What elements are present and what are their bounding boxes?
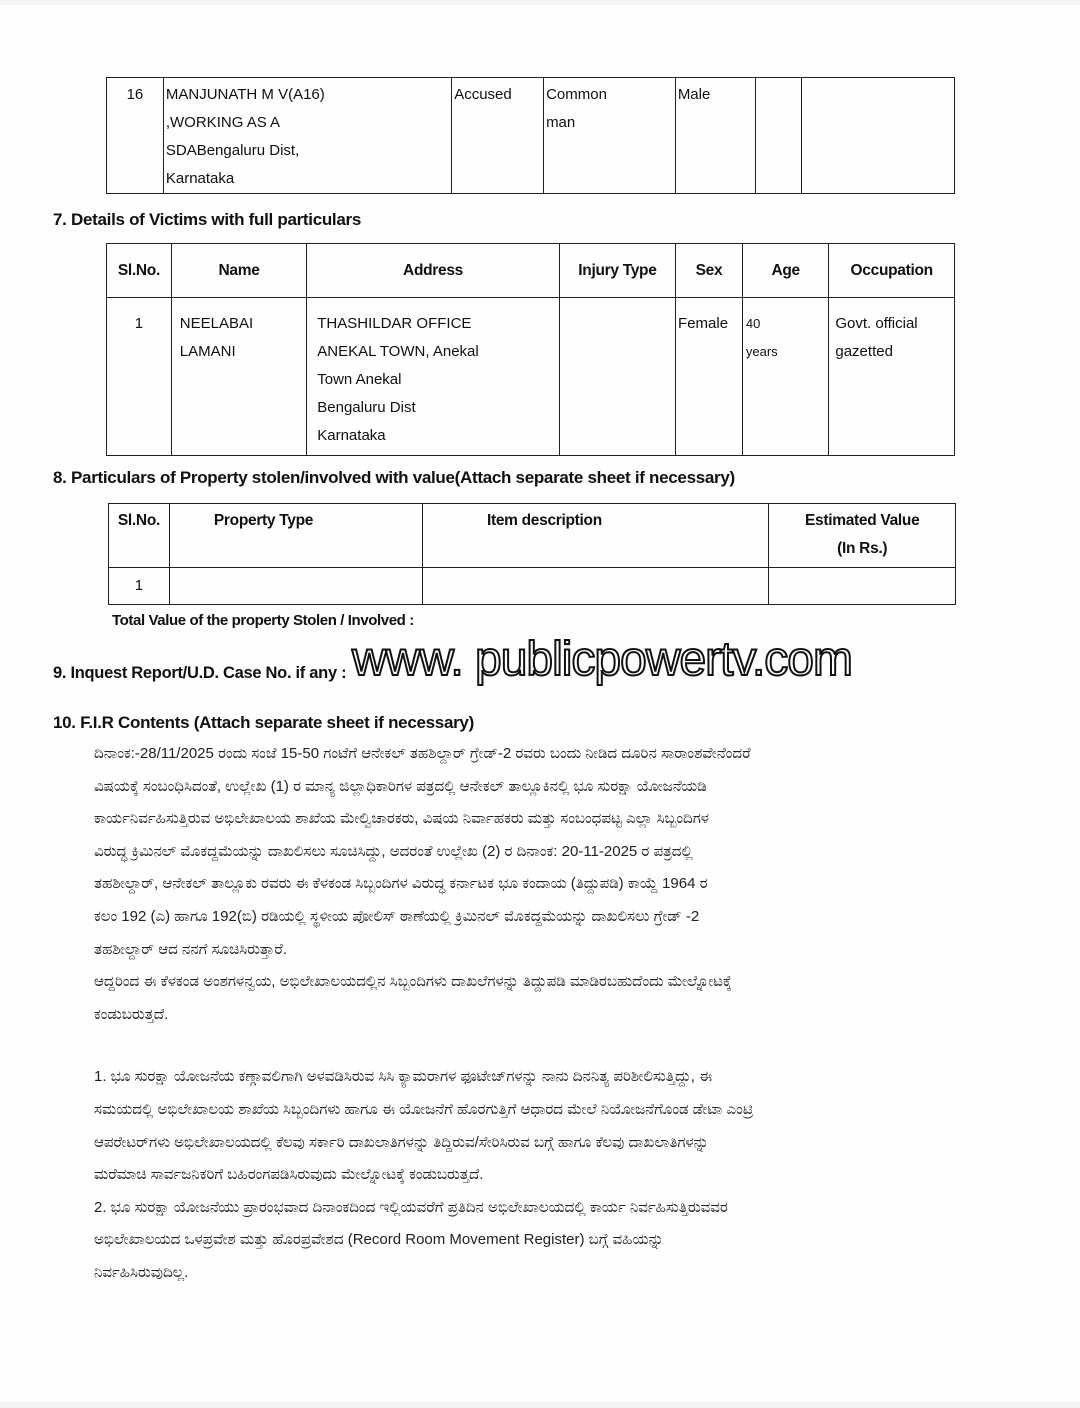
name-line: MANJUNATH M V(A16) <box>166 81 451 109</box>
fir-line: ಕಲಂ 192 (ಎ) ಹಾಗೂ 192(ಬಿ) ರಡಿಯಲ್ಲಿ ಸ್ಥಳೀಯ… <box>94 901 964 934</box>
name-line: NEELABAI <box>180 310 306 338</box>
occupation-line: Govt. official <box>835 310 954 338</box>
fir-line: ಕಂಡುಬರುತ್ತದೆ. <box>94 999 964 1032</box>
sl-no-cell: 1 <box>109 568 170 605</box>
category-line: man <box>546 109 675 137</box>
header-row: Sl.No. Name Address Injury Type Sex Age … <box>107 244 955 298</box>
table-row: 16 MANJUNATH M V(A16) ,WORKING AS A SDAB… <box>107 78 955 194</box>
age-cell: 40 years <box>742 298 828 456</box>
fir-line: ತಹಶೀಲ್ದಾರ್ ಆದ ನನಗೆ ಸೂಚಿಸಿರುತ್ತಾರೆ. <box>94 934 964 967</box>
address-line: Karnataka <box>317 422 559 450</box>
item-description-cell <box>422 568 768 605</box>
col-header-sex: Sex <box>676 244 743 298</box>
col-header-property-type: Property Type <box>169 504 422 568</box>
col-header-occupation: Occupation <box>829 244 955 298</box>
estimated-value-label: Estimated Value <box>769 507 955 535</box>
col-header-item-description: Item description <box>422 504 768 568</box>
fir-line: ದಿನಾಂಕ:-28/11/2025 ರಂದು ಸಂಜೆ 15-50 ಗಂಟೆಗ… <box>94 738 964 771</box>
address-line: Town Anekal <box>317 366 559 394</box>
col-header-sl: Sl.No. <box>107 244 172 298</box>
section-7-heading: 7. Details of Victims with full particul… <box>53 210 361 230</box>
col-header-estimated-value: Estimated Value (In Rs.) <box>769 504 956 568</box>
property-table: Sl.No. Property Type Item description Es… <box>108 503 956 605</box>
fir-line: ವಿಷಯಕ್ಕೆ ಸಂಬಂಧಿಸಿದಂತೆ, ಉಲ್ಲೇಖ (1) ರ ಮಾನ್… <box>94 771 964 804</box>
address-line: THASHILDAR OFFICE <box>317 310 559 338</box>
empty-cell <box>802 78 955 194</box>
fir-line: ನಿರ್ವಹಿಸಿರುವುದಿಲ್ಲ. <box>94 1257 964 1290</box>
sex-cell: Male <box>675 78 755 194</box>
fir-line: ವಿರುದ್ಧ ಕ್ರಿಮಿನಲ್ ಮೊಕದ್ದಮೆಯನ್ನು ದಾಖಲಿಸಲು… <box>94 836 964 869</box>
estimated-value-cell <box>769 568 956 605</box>
table-row: 1 NEELABAI LAMANI THASHILDAR OFFICE ANEK… <box>107 298 955 456</box>
total-value-label: Total Value of the property Stolen / Inv… <box>112 612 414 629</box>
fir-line: ಮರೆಮಾಚಿ ಸಾರ್ವಜನಿಕರಿಗೆ ಬಹಿರಂಗಪಡಿಸಿರುವುದು … <box>94 1159 964 1192</box>
accused-name-cell: MANJUNATH M V(A16) ,WORKING AS A SDABeng… <box>163 78 451 194</box>
sex-cell: Female <box>676 298 743 456</box>
col-header-address: Address <box>307 244 560 298</box>
name-line: Karnataka <box>166 165 451 193</box>
name-line: SDABengaluru Dist, <box>166 137 451 165</box>
category-line: Common <box>546 81 675 109</box>
fir-line: ಅಭಿಲೇಖಾಲಯದ ಒಳಪ್ರವೇಶ ಮತ್ತು ಹೊರಪ್ರವೇಶದ (Re… <box>94 1224 964 1257</box>
section-10-heading: 10. F.I.R Contents (Attach separate shee… <box>53 713 474 733</box>
fir-line: ಕಾರ್ಯನಿರ್ವಹಿಸುತ್ತಿರುವ ಅಭಿಲೇಖಾಲಯ ಶಾಖೆಯ ಮೇ… <box>94 803 964 836</box>
empty-cell <box>755 78 802 194</box>
property-type-cell <box>169 568 422 605</box>
victim-name-cell: NEELABAI LAMANI <box>171 298 306 456</box>
section-8-heading: 8. Particulars of Property stolen/involv… <box>53 468 735 488</box>
category-cell: Common man <box>544 78 676 194</box>
fir-line: ಆದ್ದರಿಂದ ಈ ಕೆಳಕಂಡ ಅಂಶಗಳನ್ವಯ, ಅಭಿಲೇಖಾಲಯದಲ… <box>94 966 964 999</box>
address-line: Bengaluru Dist <box>317 394 559 422</box>
role-cell: Accused <box>452 78 544 194</box>
col-header-name: Name <box>171 244 306 298</box>
fir-contents: ದಿನಾಂಕ:-28/11/2025 ರಂದು ಸಂಜೆ 15-50 ಗಂಟೆಗ… <box>94 738 964 1290</box>
age-line: years <box>746 338 828 366</box>
sl-no-cell: 1 <box>107 298 172 456</box>
bottom-edge-band <box>0 1402 1080 1408</box>
watermark-text: www. publicpowertv.com <box>352 632 852 687</box>
col-header-sl: Sl.No. <box>109 504 170 568</box>
age-line: 40 <box>746 310 828 338</box>
accused-table: 16 MANJUNATH M V(A16) ,WORKING AS A SDAB… <box>106 77 955 194</box>
top-edge-band <box>0 0 1080 5</box>
col-header-age: Age <box>742 244 828 298</box>
fir-line: 2. ಭೂ ಸುರಕ್ಷಾ ಯೋಜನೆಯು ಪ್ರಾರಂಭವಾದ ದಿನಾಂಕದ… <box>94 1192 964 1225</box>
section-9-heading: 9. Inquest Report/U.D. Case No. if any : <box>53 664 346 683</box>
name-line: ,WORKING AS A <box>166 109 451 137</box>
victims-table: Sl.No. Name Address Injury Type Sex Age … <box>106 243 955 456</box>
fir-line: ತಹಶೀಲ್ದಾರ್, ಆನೇಕಲ್ ತಾಲ್ಲೂಕು ರವರು ಈ ಕೆಳಕಂ… <box>94 868 964 901</box>
address-line: ANEKAL TOWN, Anekal <box>317 338 559 366</box>
fir-line: ಸಮಯದಲ್ಲಿ ಅಭಿಲೇಖಾಲಯ ಶಾಖೆಯ ಸಿಬ್ಬಂದಿಗಳು ಹಾಗ… <box>94 1094 964 1127</box>
fir-line: 1. ಭೂ ಸುರಕ್ಷಾ ಯೋಜನೆಯ ಕಣ್ಗಾವಲಿಗಾಗಿ ಅಳವಡಿಸ… <box>94 1061 964 1094</box>
address-cell: THASHILDAR OFFICE ANEKAL TOWN, Anekal To… <box>307 298 560 456</box>
in-rs-label: (In Rs.) <box>769 535 955 563</box>
col-header-injury: Injury Type <box>559 244 675 298</box>
header-row: Sl.No. Property Type Item description Es… <box>109 504 956 568</box>
injury-cell <box>559 298 675 456</box>
name-line: LAMANI <box>180 338 306 366</box>
fir-line: ಆಪರೇಟರ್‌ಗಳು ಅಭಿಲೇಖಾಲಯದಲ್ಲಿ ಕೆಲವು ಸರ್ಕಾರಿ… <box>94 1127 964 1160</box>
occupation-line: gazetted <box>835 338 954 366</box>
occupation-cell: Govt. official gazetted <box>829 298 955 456</box>
table-row: 1 <box>109 568 956 605</box>
sl-no-cell: 16 <box>107 78 164 194</box>
